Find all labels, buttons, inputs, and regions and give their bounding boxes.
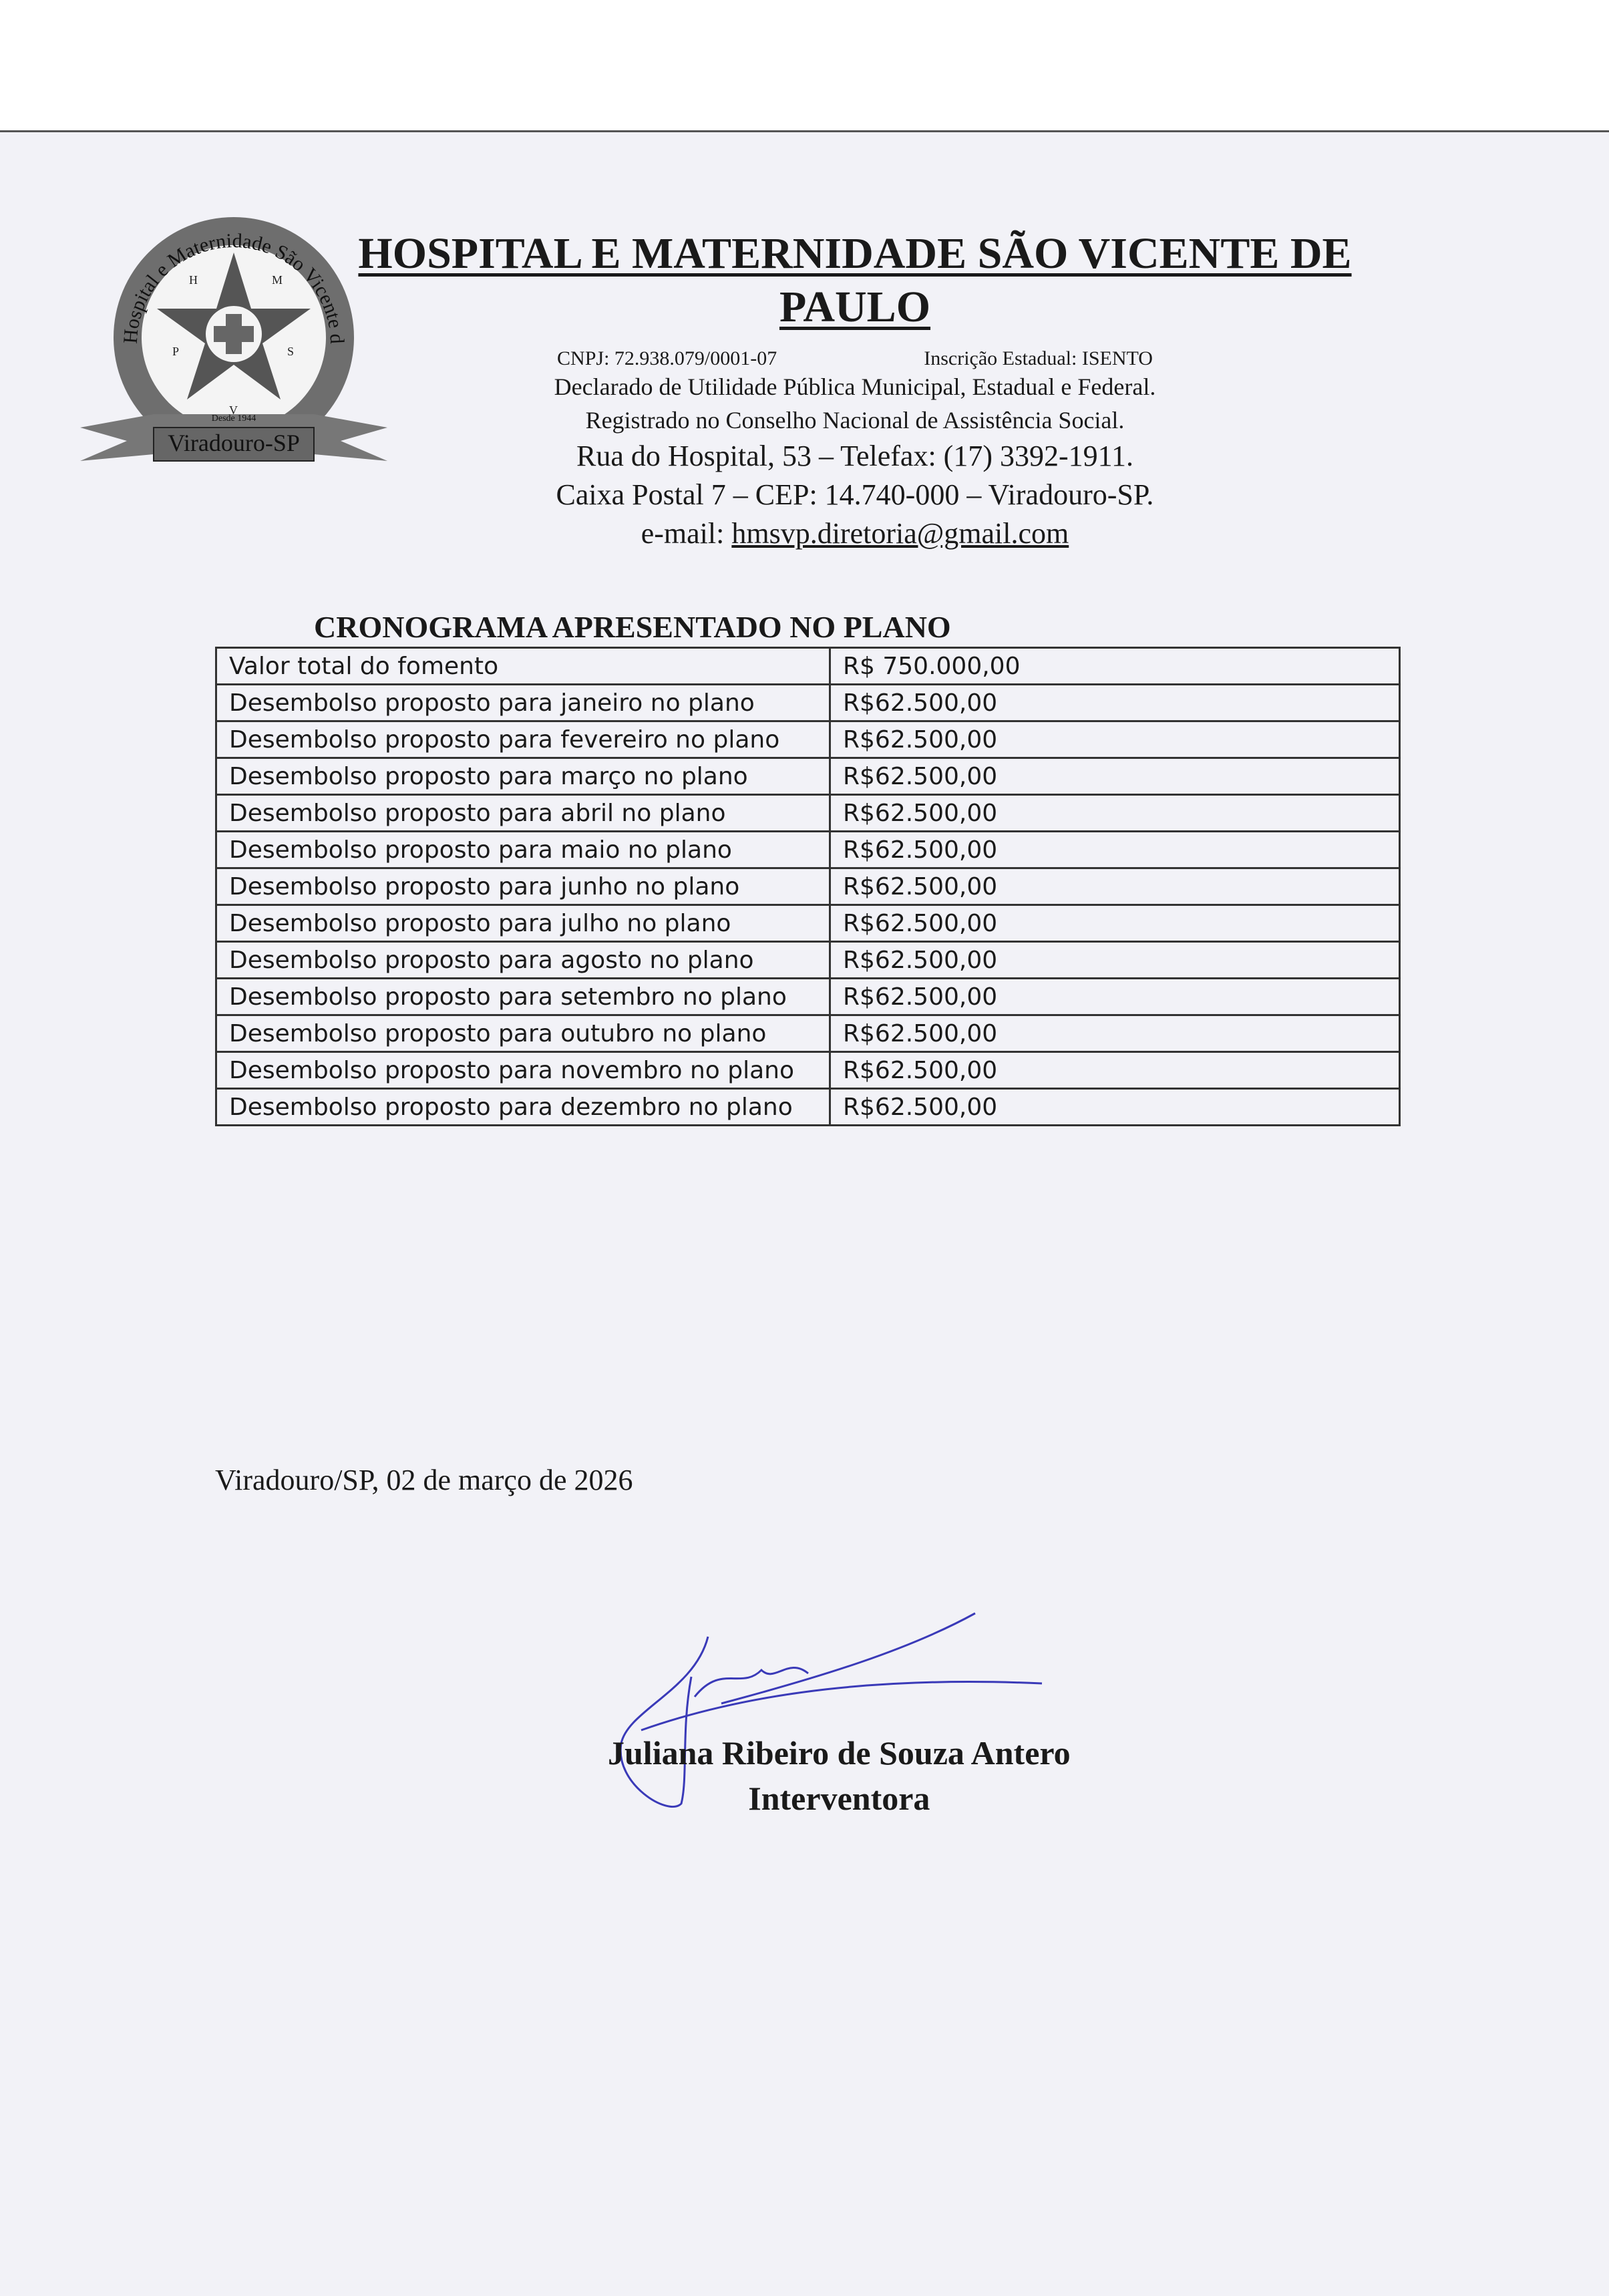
email-label: e-mail:	[641, 517, 725, 550]
row-value: R$ 750.000,00	[830, 648, 1400, 685]
row-value: R$62.500,00	[830, 795, 1400, 832]
row-label: Desembolso proposto para maio no plano	[216, 832, 830, 868]
row-label: Desembolso proposto para janeiro no plan…	[216, 685, 830, 721]
table-row: Desembolso proposto para junho no planoR…	[216, 868, 1400, 905]
inscricao-estadual: Inscrição Estadual: ISENTO	[924, 347, 1153, 370]
row-value: R$62.500,00	[830, 942, 1400, 979]
table-row: Desembolso proposto para maio no planoR$…	[216, 832, 1400, 868]
table-title: CRONOGRAMA APRESENTADO NO PLANO	[314, 609, 951, 645]
schedule-table: Valor total do fomentoR$ 750.000,00Desem…	[215, 647, 1401, 1126]
row-label: Desembolso proposto para fevereiro no pl…	[216, 721, 830, 758]
scan-top-edge	[0, 0, 1609, 132]
table-row: Desembolso proposto para dezembro no pla…	[216, 1089, 1400, 1126]
row-value: R$62.500,00	[830, 979, 1400, 1015]
row-label: Desembolso proposto para julho no plano	[216, 905, 830, 942]
row-value: R$62.500,00	[830, 868, 1400, 905]
svg-text:H: H	[189, 273, 198, 287]
row-label: Desembolso proposto para março no plano	[216, 758, 830, 795]
hospital-name: HOSPITAL E MATERNIDADE SÃO VICENTE DE	[334, 227, 1376, 281]
date-line: Viradouro/SP, 02 de março de 2026	[215, 1463, 633, 1497]
letterhead: HOSPITAL E MATERNIDADE SÃO VICENTE DE PA…	[334, 227, 1376, 553]
table-row: Desembolso proposto para abril no planoR…	[216, 795, 1400, 832]
row-value: R$62.500,00	[830, 758, 1400, 795]
svg-text:Desde 1944: Desde 1944	[212, 414, 256, 424]
row-value: R$62.500,00	[830, 832, 1400, 868]
table-row: Desembolso proposto para novembro no pla…	[216, 1052, 1400, 1089]
signer-name: Juliana Ribeiro de Souza Antero	[608, 1730, 1071, 1776]
table-row: Desembolso proposto para janeiro no plan…	[216, 685, 1400, 721]
email-line: e-mail: hmsvp.diretoria@gmail.com	[334, 514, 1376, 553]
svg-text:P: P	[172, 345, 179, 358]
table-row: Desembolso proposto para fevereiro no pl…	[216, 721, 1400, 758]
row-value: R$62.500,00	[830, 721, 1400, 758]
row-value: R$62.500,00	[830, 1052, 1400, 1089]
table-row: Desembolso proposto para julho no planoR…	[216, 905, 1400, 942]
table-row: Desembolso proposto para março no planoR…	[216, 758, 1400, 795]
row-value: R$62.500,00	[830, 1089, 1400, 1126]
svg-text:S: S	[287, 345, 294, 358]
registro: Registrado no Conselho Nacional de Assis…	[334, 403, 1376, 437]
cnpj: CNPJ: 72.938.079/0001-07	[557, 347, 777, 370]
row-label: Desembolso proposto para junho no plano	[216, 868, 830, 905]
table-row: Valor total do fomentoR$ 750.000,00	[216, 648, 1400, 685]
email-link[interactable]: hmsvp.diretoria@gmail.com	[731, 517, 1069, 550]
row-label: Desembolso proposto para setembro no pla…	[216, 979, 830, 1015]
row-value: R$62.500,00	[830, 1015, 1400, 1052]
svg-text:M: M	[272, 273, 283, 287]
signer-block: Juliana Ribeiro de Souza Antero Interven…	[608, 1730, 1071, 1821]
row-value: R$62.500,00	[830, 685, 1400, 721]
row-label: Desembolso proposto para agosto no plano	[216, 942, 830, 979]
table-row: Desembolso proposto para agosto no plano…	[216, 942, 1400, 979]
row-label: Desembolso proposto para abril no plano	[216, 795, 830, 832]
row-label: Valor total do fomento	[216, 648, 830, 685]
svg-text:Viradouro-SP: Viradouro-SP	[168, 430, 300, 456]
row-label: Desembolso proposto para novembro no pla…	[216, 1052, 830, 1089]
signer-role: Interventora	[608, 1776, 1071, 1821]
postal: Caixa Postal 7 – CEP: 14.740-000 – Virad…	[334, 476, 1376, 514]
declaracao: Declarado de Utilidade Pública Municipal…	[334, 370, 1376, 403]
table-row: Desembolso proposto para outubro no plan…	[216, 1015, 1400, 1052]
table-row: Desembolso proposto para setembro no pla…	[216, 979, 1400, 1015]
hospital-name-cont: PAULO	[334, 281, 1376, 334]
address: Rua do Hospital, 53 – Telefax: (17) 3392…	[334, 437, 1376, 476]
row-label: Desembolso proposto para dezembro no pla…	[216, 1089, 830, 1126]
row-label: Desembolso proposto para outubro no plan…	[216, 1015, 830, 1052]
row-value: R$62.500,00	[830, 905, 1400, 942]
